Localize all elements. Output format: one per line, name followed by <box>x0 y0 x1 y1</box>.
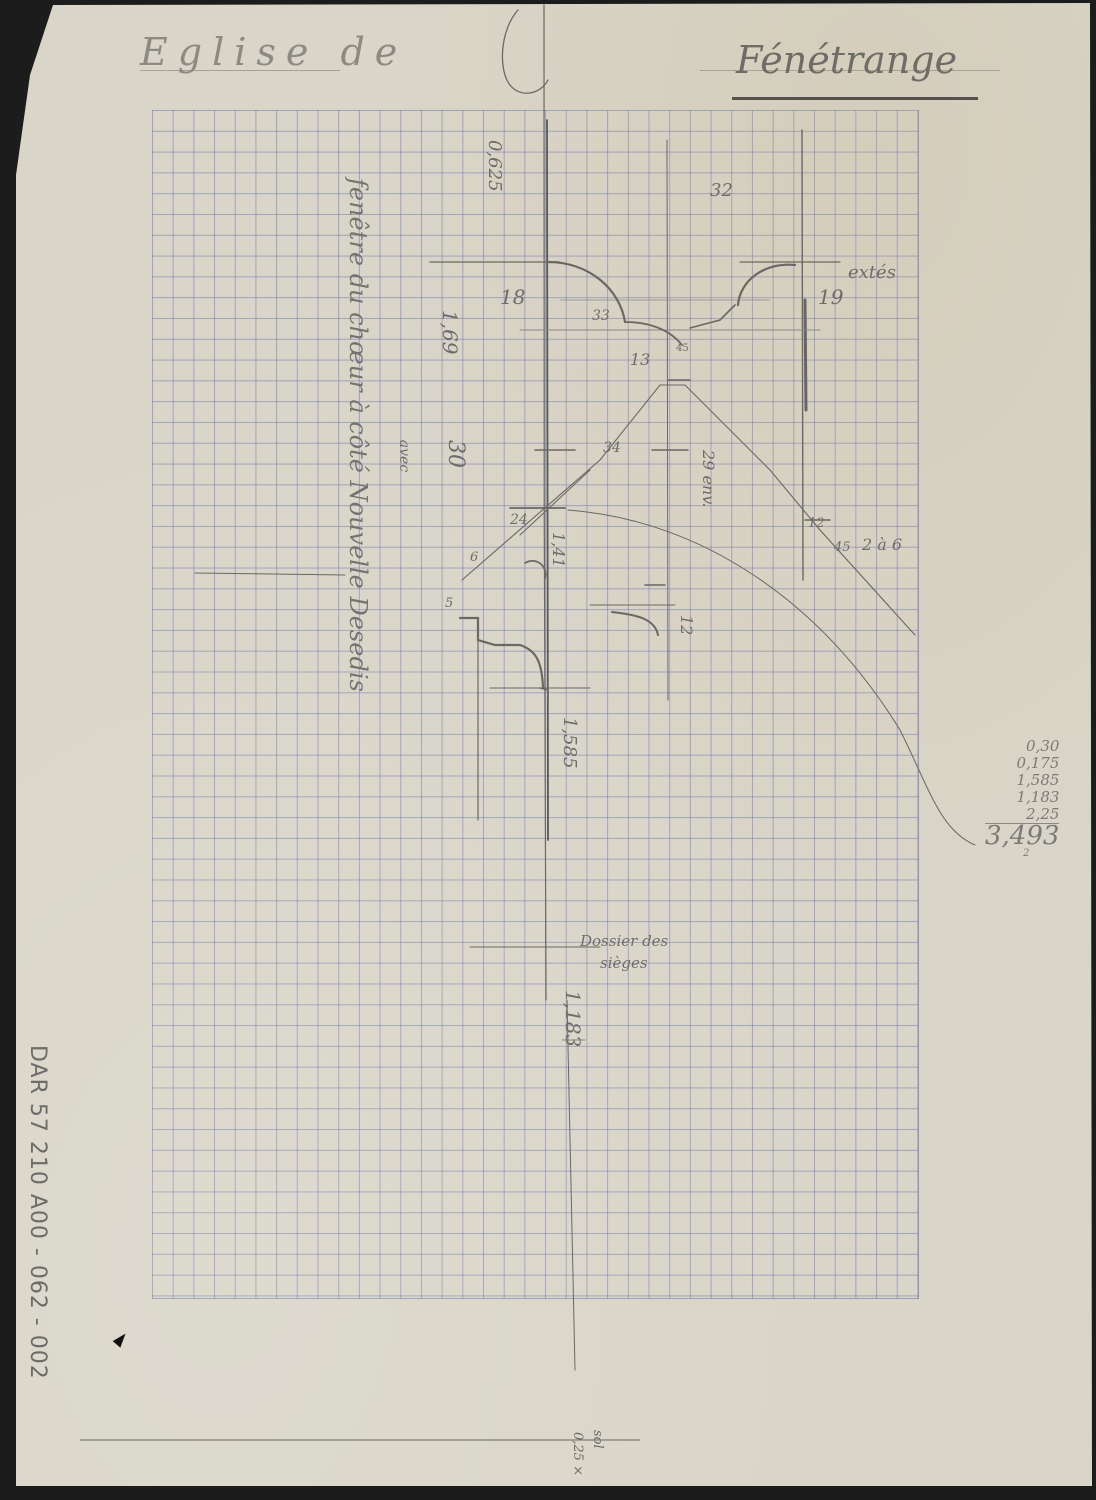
architectural-sketch <box>0 0 1096 1500</box>
dim-12-right: 12 <box>808 516 825 531</box>
dim-0625: 0,625 <box>484 140 505 192</box>
dim-6: 6 <box>470 550 478 565</box>
dim-1585: 1,585 <box>559 717 580 769</box>
dim-32: 32 <box>710 180 733 201</box>
dim-12-mid: 12 <box>677 615 696 635</box>
archive-reference: DAR 57 210 A00 - 062 - 002 <box>25 1045 50 1380</box>
label-dossier: Dossier des <box>580 932 668 950</box>
margin-calculation: 0,30 0,175 1,585 1,183 2,25 3,493 2 <box>985 738 1059 862</box>
dim-13: 13 <box>630 350 650 369</box>
calc-line: 0,175 <box>985 755 1059 772</box>
label-extes: extés <box>848 262 896 283</box>
dim-19: 19 <box>818 285 843 309</box>
calc-line: 1,183 <box>985 789 1059 806</box>
dim-33: 33 <box>592 308 610 324</box>
calc-total: 3,493 <box>985 828 1059 845</box>
circle-mark-shape <box>502 10 548 93</box>
calc-line: 0,30 <box>985 738 1059 755</box>
vertical-caption: fenêtre du chœur à côté Nouvelle Desedis <box>344 178 372 692</box>
dim-1183: 1,183 <box>561 990 585 1047</box>
dim-169: 1,69 <box>438 310 462 355</box>
dim-141: 1,41 <box>549 532 568 568</box>
dim-2-6: 2 à 6 <box>862 535 902 554</box>
dim-24: 24 <box>510 512 528 528</box>
dim-34: 34 <box>603 440 621 456</box>
dim-30: 30 <box>443 440 468 468</box>
calc-line: 1,585 <box>985 772 1059 789</box>
bottom-note: 0,25 × <box>570 1432 585 1476</box>
dim-5: 5 <box>445 596 453 611</box>
label-sieges: sièges <box>600 954 648 972</box>
bottom-note-2: sol <box>590 1430 605 1449</box>
dim-18: 18 <box>500 285 525 309</box>
dim-45-top: 45 <box>676 343 689 354</box>
label-29-env: 29 env. <box>699 450 718 507</box>
caption-insert: avec <box>396 440 412 472</box>
dim-45-right: 45 <box>834 540 851 555</box>
